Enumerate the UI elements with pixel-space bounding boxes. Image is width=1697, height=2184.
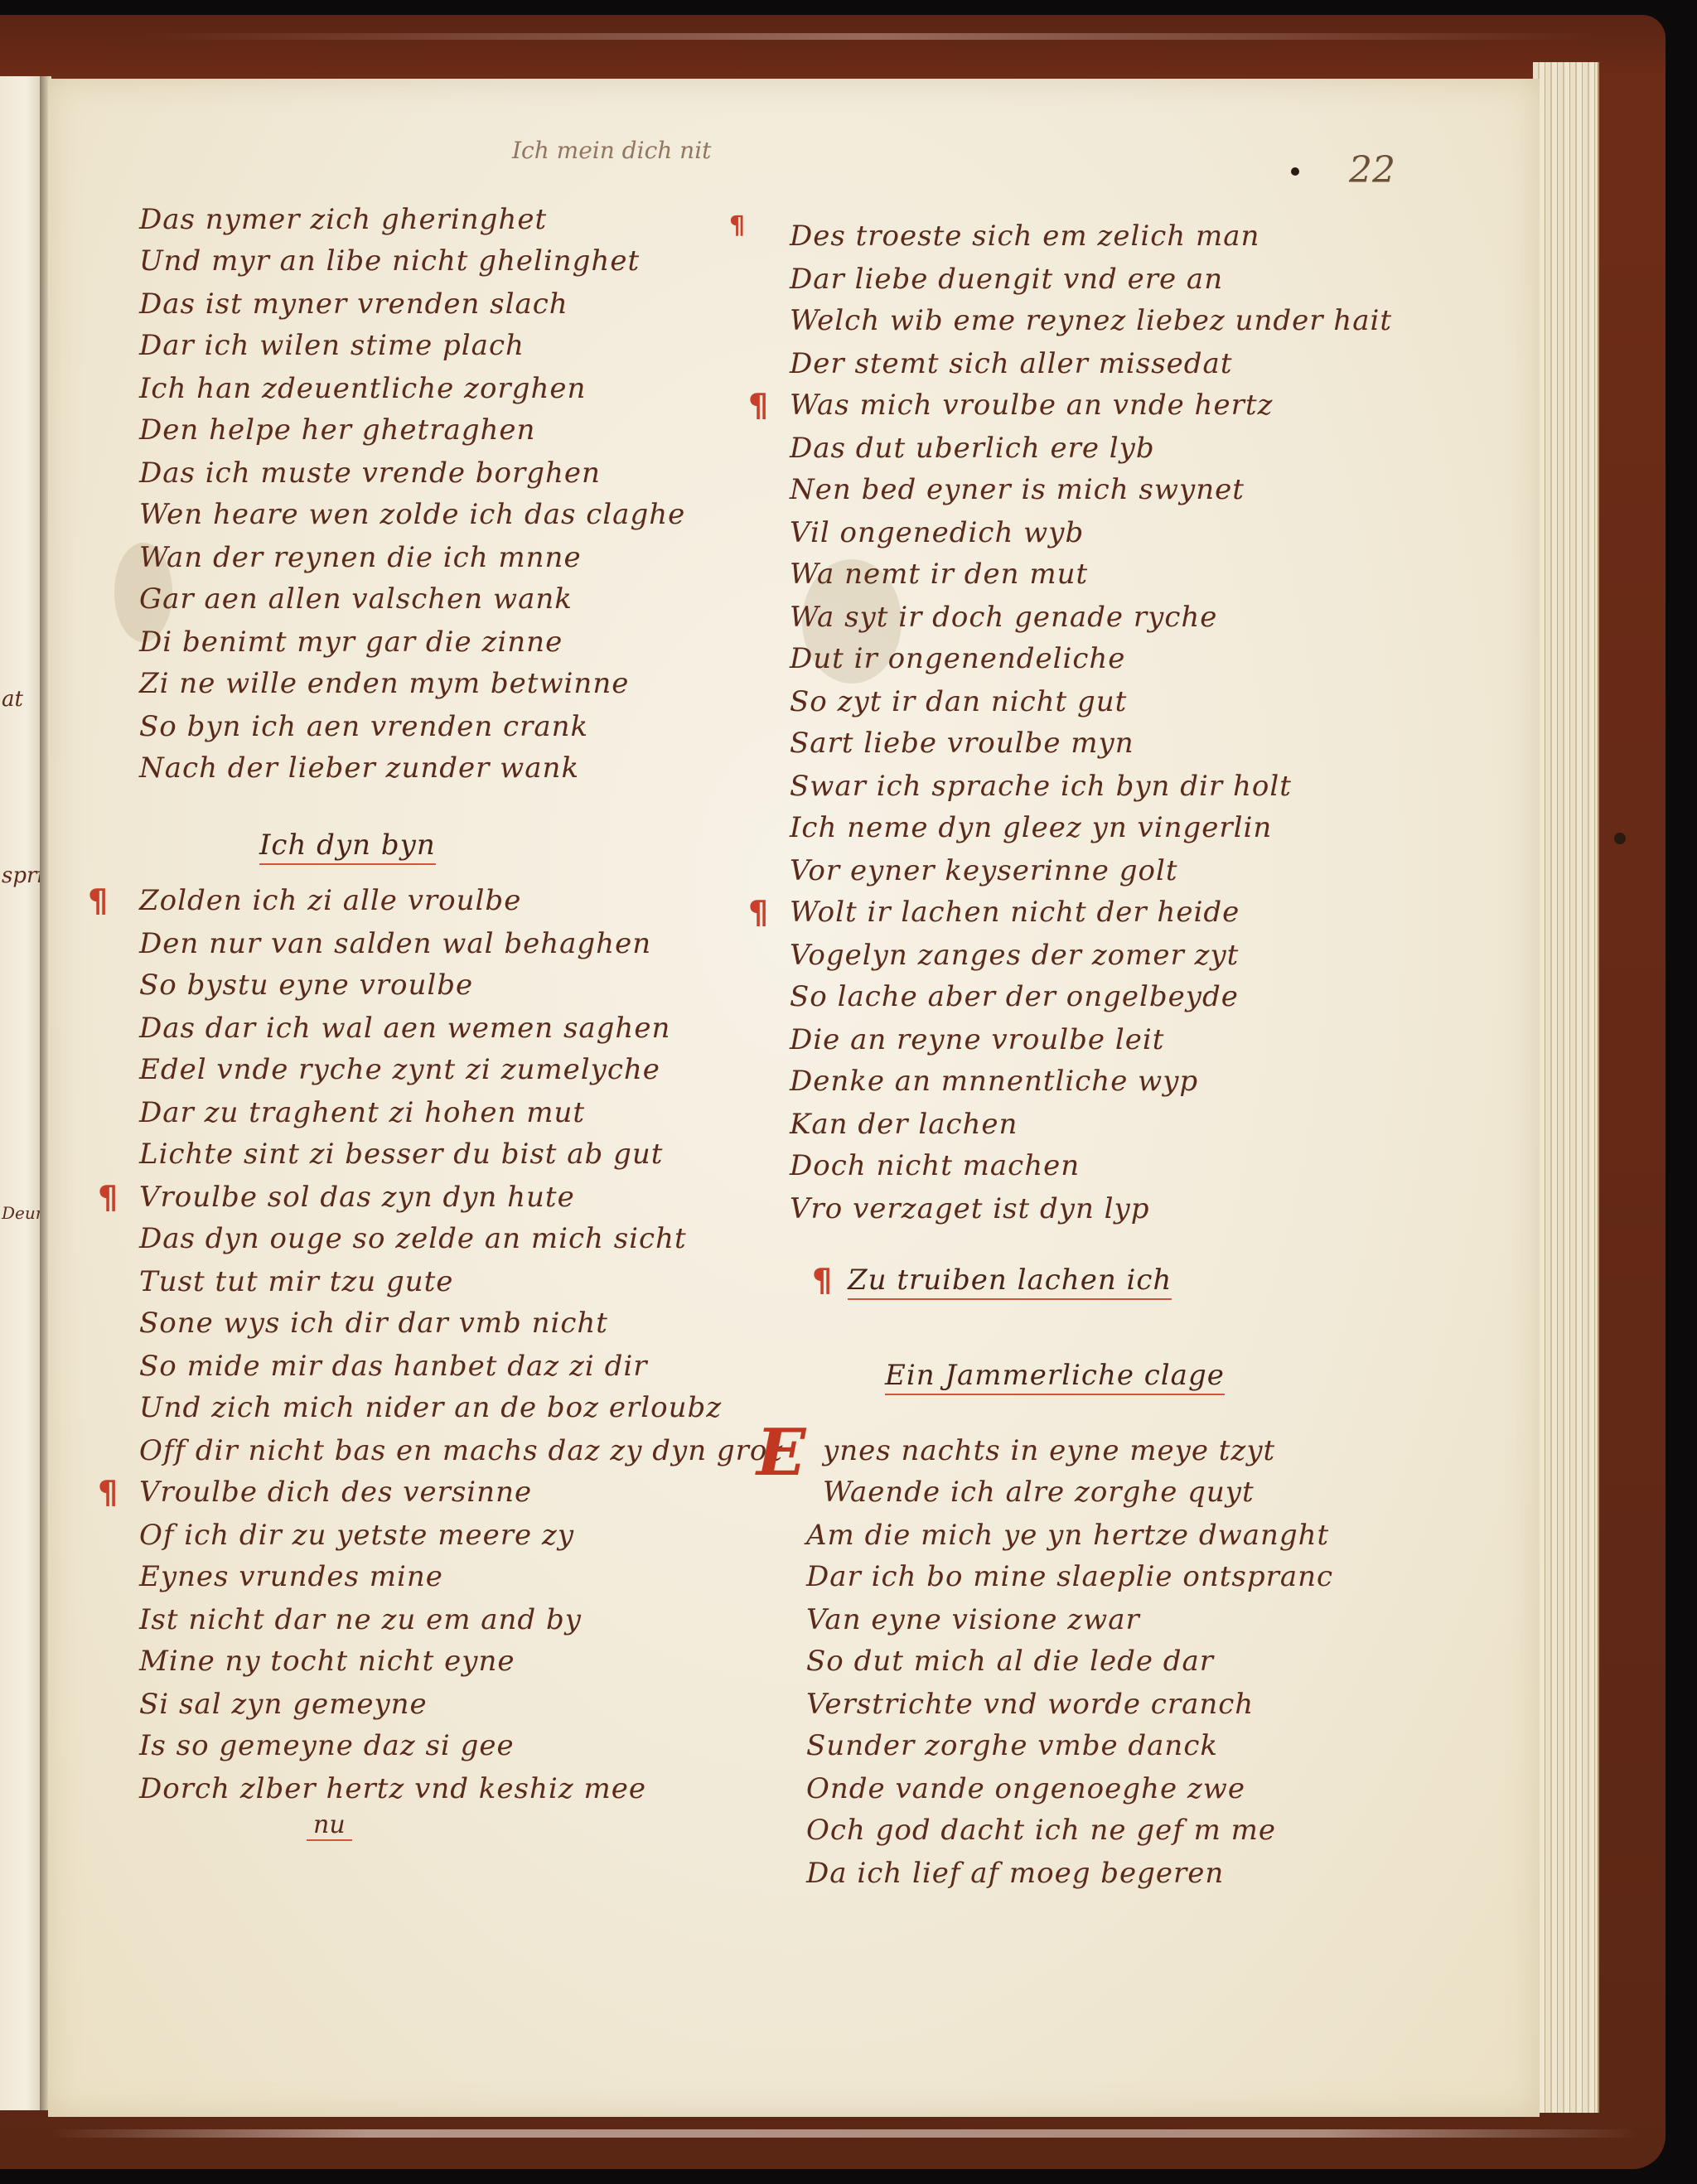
verse-line: Wan der reynen die ich mnne <box>139 541 582 574</box>
verse-line: Si sal zyn gemeyne <box>139 1688 428 1721</box>
verse-line: Tust tut mir tzu gute <box>139 1265 453 1298</box>
verse-line: Zi ne wille enden mym betwinne <box>139 667 629 700</box>
page-edges <box>1533 62 1599 2113</box>
verse-line: Doch nicht machen <box>790 1149 1080 1182</box>
verse-line: Der stemt sich aller missedat <box>790 347 1232 380</box>
verse-line: Sart liebe vroulbe myn <box>790 727 1134 760</box>
pilcrow-icon: ¶ <box>88 882 108 919</box>
verse-line: Den helpe her ghetraghen <box>139 413 535 447</box>
verse-line: Eynes vrundes mine <box>139 1560 443 1593</box>
verse-line: Verstrichte vnd worde cranch <box>806 1688 1254 1721</box>
verse-line: Und myr an libe nicht ghelinghet <box>139 244 640 278</box>
verse-line: Ich neme dyn gleez yn vingerlin <box>790 811 1272 844</box>
verse-line: Vor eyner keyserinne golt <box>790 854 1178 887</box>
verse-line: So mide mir das hanbet daz zi dir <box>139 1350 648 1383</box>
verse-line: Des troeste sich em zelich man <box>790 220 1259 253</box>
verse-line: Gar aen allen valschen wank <box>139 582 573 616</box>
verse-line: Nen bed eyner is mich swynet <box>790 473 1245 506</box>
verse-line: Das dyn ouge so zelde an mich sicht <box>139 1222 687 1255</box>
verse-line: Kan der lachen <box>790 1108 1018 1141</box>
verse-line: Wa nemt ir den mut <box>790 558 1088 591</box>
verse-line: Vroulbe sol das zyn dyn hute <box>139 1181 575 1214</box>
pilcrow-icon: ¶ <box>729 211 745 240</box>
verse-line: Sone wys ich dir dar vmb nicht <box>139 1307 608 1340</box>
verse-line: So lache aber der ongelbeyde <box>790 980 1239 1013</box>
verse-line: Das ich muste vrende borghen <box>139 457 601 490</box>
verse-line: Am die mich ye yn hertze dwanght <box>806 1519 1329 1552</box>
verse-line: Das dut uberlich ere lyb <box>790 432 1155 465</box>
verse-line: Dar ich bo mine slaeplie ontspranc <box>806 1560 1333 1593</box>
pilcrow-icon: ¶ <box>98 1179 118 1215</box>
pilcrow-icon: ¶ <box>748 387 768 423</box>
margin-fragment: spri <box>2 863 44 888</box>
verse-line: Vil ongenedich wyb <box>790 516 1084 549</box>
verse-line: So byn ich aen vrenden crank <box>139 710 588 743</box>
verse-line: Denke an mnnentliche wyp <box>790 1065 1198 1098</box>
verse-line: Waende ich alre zorghe quyt <box>823 1476 1255 1509</box>
manuscript-page: Ich mein dich nit 22 Das nymer zich gher… <box>48 79 1540 2117</box>
end-mark: nu <box>313 1810 346 1839</box>
red-initial: E <box>757 1421 805 1486</box>
verse-line: Den nur van salden wal behaghen <box>139 927 651 960</box>
binding-highlight-top <box>141 33 1598 40</box>
verse-line: Vro verzaget ist dyn lyp <box>790 1192 1150 1225</box>
poem-closing-heading: Zu truiben lachen ich <box>848 1264 1172 1297</box>
verse-line: Nach der lieber zunder wank <box>139 751 579 785</box>
ink-spot <box>1291 167 1299 176</box>
verse-line: Zolden ich zi alle vroulbe <box>139 884 521 917</box>
verse-line: Swar ich sprache ich byn dir holt <box>790 770 1292 803</box>
verse-line: Onde vande ongenoeghe zwe <box>806 1772 1245 1805</box>
verse-line: Of ich dir zu yetste meere zy <box>139 1519 574 1552</box>
verse-line: Is so gemeyne daz si gee <box>139 1729 515 1762</box>
verse-line: Dar zu traghent zi hohen mut <box>139 1096 585 1129</box>
verse-line: Dar ich wilen stime plach <box>139 329 525 362</box>
verse-line: Vogelyn zanges der zomer zyt <box>790 939 1239 972</box>
verse-line: Welch wib eme reynez liebez under hait <box>790 304 1392 337</box>
verse-line: Was mich vroulbe an vnde hertz <box>790 389 1273 422</box>
verse-line: Das dar ich wal aen wemen saghen <box>139 1012 670 1045</box>
verse-line: Das ist myner vrenden slach <box>139 287 568 321</box>
pilcrow-icon: ¶ <box>812 1262 832 1298</box>
verse-line: Dut ir ongenendeliche <box>790 642 1125 675</box>
margin-fragment: at <box>2 687 23 712</box>
verse-line: Das nymer zich gheringhet <box>139 203 547 236</box>
poem-heading: Ich dyn byn <box>259 829 436 862</box>
verse-line: Sunder zorghe vmbe danck <box>806 1729 1218 1762</box>
verse-line: Dorch zlber hertz vnd keshiz mee <box>139 1772 646 1805</box>
ink-spot <box>1614 833 1626 844</box>
verse-line: Und zich mich nider an de boz erloubz <box>139 1391 722 1424</box>
verse-line: Dar liebe duengit vnd ere an <box>790 263 1223 296</box>
verse-line: Mine ny tocht nicht eyne <box>139 1645 515 1678</box>
verse-line: So bystu eyne vroulbe <box>139 969 473 1002</box>
verse-line: Ich han zdeuentliche zorghen <box>139 372 586 405</box>
pilcrow-icon: ¶ <box>748 894 768 930</box>
verse-line: Da ich lief af moeg begeren <box>806 1857 1224 1890</box>
pilcrow-icon: ¶ <box>98 1474 118 1510</box>
verse-line: Di benimt myr gar die zinne <box>139 626 563 659</box>
running-header: Ich mein dich nit <box>512 137 711 164</box>
verse-line: Die an reyne vroulbe leit <box>790 1023 1164 1056</box>
verse-line: Off dir nicht bas en machs daz zy dyn gr… <box>139 1434 783 1467</box>
verse-line: Lichte sint zi besser du bist ab gut <box>139 1138 663 1171</box>
verse-line: Ist nicht dar ne zu em and by <box>139 1603 582 1636</box>
folio-number: 22 <box>1349 149 1395 191</box>
verse-line: So dut mich al die lede dar <box>806 1645 1214 1678</box>
verse-line: ynes nachts in eyne meye tzyt <box>823 1434 1275 1467</box>
verse-line: Van eyne visione zwar <box>806 1603 1140 1636</box>
verse-line: So zyt ir dan nicht gut <box>790 685 1127 718</box>
verse-line: Och god dacht ich ne gef m me <box>806 1814 1276 1847</box>
verse-line: Vroulbe dich des versinne <box>139 1476 532 1509</box>
verse-line: Edel vnde ryche zynt zi zumelyche <box>139 1053 660 1086</box>
left-page-sliver: at spri Deun <box>0 76 43 2110</box>
poem-heading: Ein Jammerliche clage <box>885 1359 1225 1392</box>
verse-line: Wa syt ir doch genade ryche <box>790 601 1217 634</box>
verse-line: Wen heare wen zolde ich das claghe <box>139 498 685 531</box>
verse-line: Wolt ir lachen nicht der heide <box>790 896 1240 929</box>
binding-highlight-bottom <box>50 2129 1639 2138</box>
